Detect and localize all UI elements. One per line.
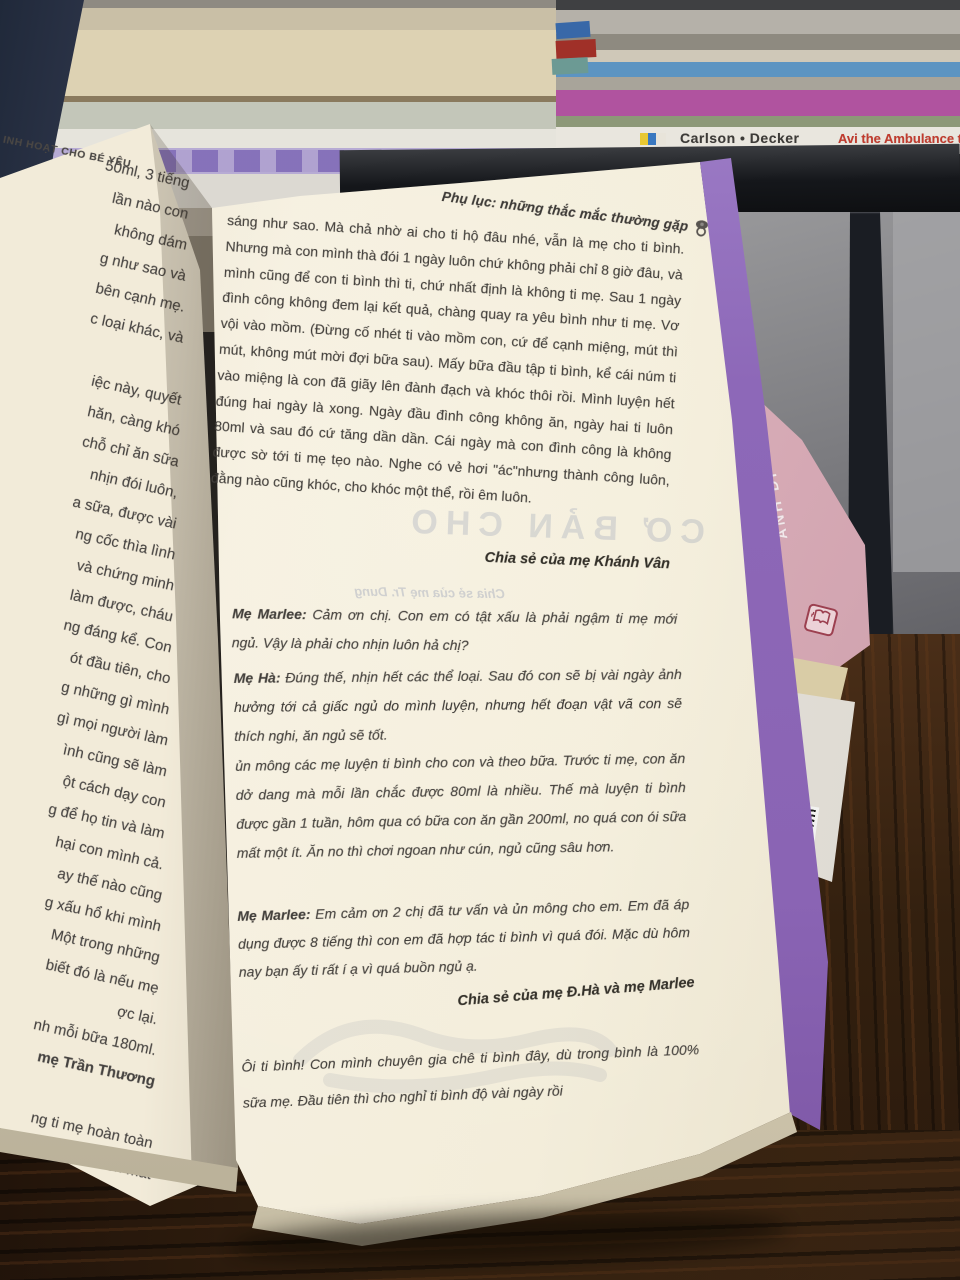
toy-red-2 — [759, 841, 790, 881]
attribution-dha-marlee: Chia sẻ của mẹ Đ.Hà và mẹ Marlee — [410, 975, 695, 1013]
paragraph-un-mong: ủn mông các mẹ luyện ti bình cho con và … — [235, 744, 687, 868]
toy-dark — [765, 696, 799, 741]
barcode — [784, 806, 816, 853]
pacifier-icon — [694, 219, 709, 237]
speaker-text: Đúng thế, nhịn hết các thể loại. Sau đó … — [234, 666, 682, 744]
avi-ambulance-spine-text: Avi the Ambulance to the — [838, 131, 960, 146]
paragraph-main: sáng như sao. Mà chả nhờ ai cho ti hộ đâ… — [210, 208, 685, 520]
speaker-label: Mẹ Marlee: — [232, 605, 307, 622]
paragraph-oi-ti-binh: Ôi ti bình! Con mình chuyên gia chê ti b… — [241, 1031, 701, 1121]
stack-tab-teal — [552, 57, 589, 75]
attribution-khanh-van: Chia sẻ của mẹ Khánh Vân — [420, 548, 670, 573]
paragraph-dialog-marlee-1: Mẹ Marlee: Cảm ơn chị. Con em có tật xấu… — [232, 599, 678, 662]
purple-dashed-spine — [150, 150, 650, 172]
left-page-lines: 50ml, 3 tiếnglần nào conkhông dámg như s… — [0, 155, 190, 1190]
speaker-label: Mẹ Marlee: — [237, 906, 311, 924]
wall-pole — [842, 212, 894, 652]
paragraph-dialog-ha: Mẹ Hà: Đúng thế, nhịn hết các thể loại. … — [234, 660, 683, 751]
stack-tab-blue — [555, 21, 590, 39]
ghost-text-small: Chia sẻ của mẹ Tr. Dung — [245, 582, 505, 602]
speaker-label: Mẹ Hà: — [234, 670, 281, 686]
pink-book-spine-text: ANH ĐI — [763, 469, 792, 541]
page-number: 243 — [714, 222, 739, 241]
toy-red — [762, 738, 799, 795]
photo-open-book-on-desk: Carlson • Decker Avi the Ambulance to th… — [0, 0, 960, 1280]
carlson-spine-text: Carlson • Decker — [680, 130, 800, 146]
publisher-book-logo-icon — [803, 603, 839, 637]
book-cast-shadow — [229, 1205, 790, 1271]
toy-blue — [760, 792, 797, 843]
book-stack-top-right — [556, 0, 960, 154]
carlson-spine-logo — [640, 133, 666, 145]
wall-light-panel — [893, 212, 960, 572]
paragraph-dialog-marlee-2: Mẹ Marlee: Em cảm ơn 2 chị đã tư vấn và … — [237, 890, 691, 986]
stack-tab-red — [556, 39, 597, 59]
